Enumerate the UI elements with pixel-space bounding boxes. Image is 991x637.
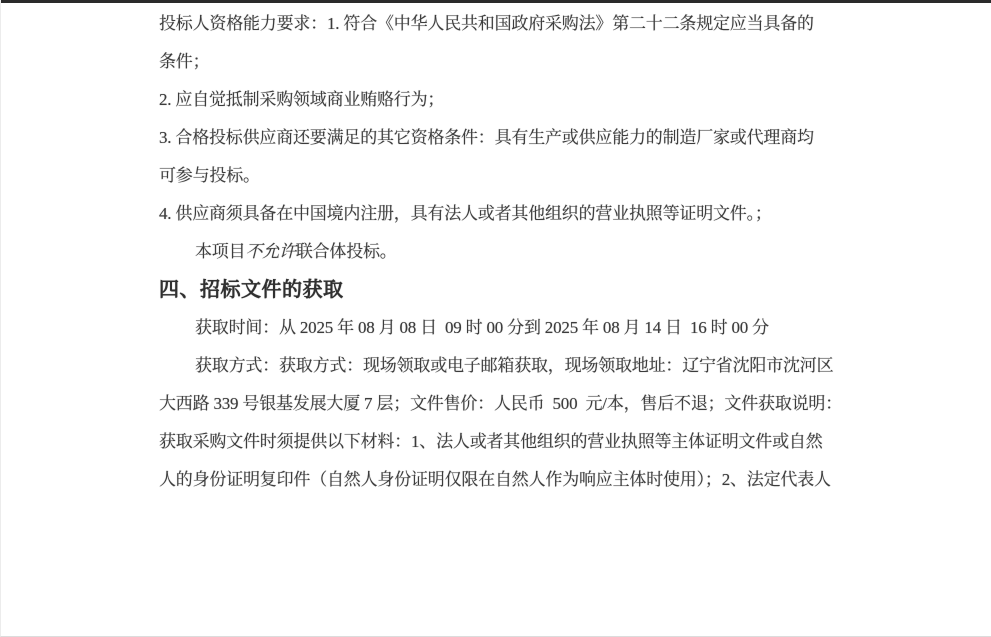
qualification-item-3-line-1: 3. 合格投标供应商还要满足的其它资格条件：具有生产或供应能力的制造厂家或代理商… [159,119,859,157]
qualification-item-3-line-2: 可参与投标。 [159,157,859,195]
acquisition-method-line-4: 人的身份证明复印件（自然人身份证明仅限在自然人作为响应主体时使用）；2、法定代表… [159,461,859,499]
no-consortium-statement: 本项目不允许联合体投标。 [159,233,859,271]
page-top-edge [1,0,991,3]
qualification-item-2: 2. 应自觉抵制采购领域商业贿赂行为； [159,81,859,119]
qualification-item-4: 4. 供应商须具备在中国境内注册，具有法人或者其他组织的营业执照等证明文件。； [159,195,859,233]
qualification-requirements-line-1: 投标人资格能力要求：1. 符合《中华人民共和国政府采购法》第二十二条规定应当具备… [159,5,859,43]
section-heading-document-acquisition: 四、招标文件的获取 [159,271,859,309]
acquisition-method-line-2: 大西路 339 号银基发展大厦 7 层；文件售价：人民币 500 元/本，售后不… [159,385,859,423]
acquisition-method-line-3: 获取采购文件时须提供以下材料：1、法人或者其他组织的营业执照等主体证明文件或自然 [159,423,859,461]
document-body: 投标人资格能力要求：1. 符合《中华人民共和国政府采购法》第二十二条规定应当具备… [159,5,859,499]
no-consortium-suffix: 联合体投标。 [296,242,397,261]
no-consortium-prefix: 本项目 [195,242,245,261]
acquisition-method-line-1: 获取方式：获取方式：现场领取或电子邮箱获取，现场领取地址：辽宁省沈阳市沈河区 [159,347,859,385]
acquisition-time-line: 获取时间：从 2025 年 08 月 08 日 09 时 00 分到 2025 … [159,309,859,347]
qualification-requirements-line-2: 条件； [159,43,859,81]
no-consortium-emphasis: 不允许 [245,242,295,261]
scanned-document-page: 投标人资格能力要求：1. 符合《中华人民共和国政府采购法》第二十二条规定应当具备… [0,0,991,637]
